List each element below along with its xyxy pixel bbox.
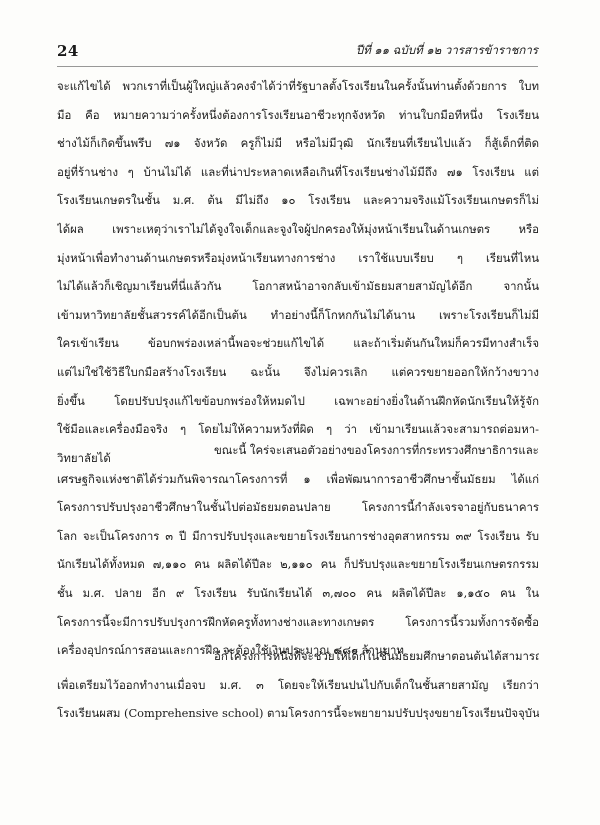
text-line: ชั้น ม.ศ. ปลาย อีก ๙ โรงเรียน รับนักเรีย… <box>57 579 539 608</box>
text-line: นักเรียนได้ทั้งหมด ๗,๑๑๐ คน ผลิตได้ปีละ … <box>57 550 539 579</box>
text-line: ไม่ได้แล้วก็เชิญมาเรียนที่นี่แล้วกัน โอก… <box>57 272 539 301</box>
text-line: ช่างไม้ก็เกิดขึ้นพรึบ ๗๑ จังหวัด ครูก็ไม… <box>57 129 539 158</box>
text-line: จะแก้ไขได้ พวกเราที่เป็นผู้ใหญ่แล้วคงจำไ… <box>57 72 539 101</box>
page-header: 24 ปีที่ ๑๑ ฉบับที่ ๑๒ วารสารข้าราชการ <box>57 38 538 60</box>
text-line: โรงเรียนเกษตรในชั้น ม.ศ. ต้น มีไม่ถึง ๑๐… <box>57 186 539 215</box>
text-line: โครงการปรับปรุงอาชีวศึกษาในชั้นไปต่อมัธย… <box>57 493 539 522</box>
text-line: แต่ไม่ใช่ใช้วิธีใบกมือสร้างโรงเรียน ฉะนั… <box>57 358 539 387</box>
text-line: อยู่ที่ร้านช่าง ๆ บ้านไม่ได้ และที่น่าปร… <box>57 158 539 187</box>
paragraph-2: ขณะนี้ ใคร่จะเสนอตัวอย่างของโครงการที่กร… <box>57 436 539 665</box>
text-line: ยิ่งขึ้น โดยปรับปรุงแก้ไขข้อบกพร่องให้หม… <box>57 387 539 416</box>
document-page: 24 ปีที่ ๑๑ ฉบับที่ ๑๒ วารสารข้าราชการ จ… <box>0 0 600 825</box>
text-line: เข้ามหาวิทยาลัยชั้นสวรรค์ได้อีกเป็นต้น ท… <box>57 301 539 330</box>
text-line: มือ คือ หมายความว่าครั้งหนึ่งต้องการโรงเ… <box>57 101 539 130</box>
text-line: เพื่อเตรียมไว้ออกทำงานเมื่อจบ ม.ศ. ๓ โดย… <box>57 671 539 700</box>
text-line: ขณะนี้ ใคร่จะเสนอตัวอย่างของโครงการที่กร… <box>57 436 539 465</box>
text-line: โรงเรียนผสม (Comprehensive school) ตามโค… <box>57 699 539 728</box>
text-line: ใครเข้าเรียน ข้อบกพร่องเหล่านี้พอจะช่วยแ… <box>57 329 539 358</box>
text-line: ได้ผล เพราะเหตุว่าเราไม่ได้จูงใจเด็กและจ… <box>57 215 539 244</box>
header-rule <box>57 66 538 67</box>
running-head: ปีที่ ๑๑ ฉบับที่ ๑๒ วารสารข้าราชการ <box>356 42 538 60</box>
text-line: อีกโครงการหนึ่งที่จะช่วยให้เด็กในชั้นมัธ… <box>57 642 539 671</box>
text-line: โลก จะเป็นโครงการ ๓ ปี มีการปรับปรุงและข… <box>57 522 539 551</box>
text-line: มุ่งหน้าเพื่อทำงานด้านเกษตรหรือมุ่งหน้าเ… <box>57 244 539 273</box>
text-line: เศรษฐกิจแห่งชาติได้ร่วมกันพิจารณาโครงการ… <box>57 465 539 494</box>
paragraph-1: จะแก้ไขได้ พวกเราที่เป็นผู้ใหญ่แล้วคงจำไ… <box>57 72 539 472</box>
text-line: โครงการนี้จะมีการปรับปรุงการฝึกหัดครูทั้… <box>57 608 539 637</box>
paragraph-3: อีกโครงการหนึ่งที่จะช่วยให้เด็กในชั้นมัธ… <box>57 642 539 728</box>
page-number: 24 <box>57 42 79 60</box>
